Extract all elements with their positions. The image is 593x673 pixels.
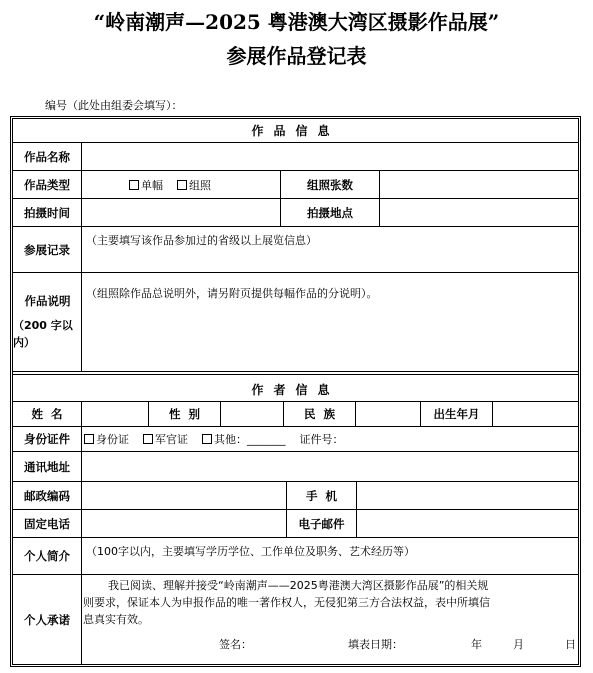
postcode-label: 邮政编码: [13, 482, 82, 510]
date-year-label: 年: [471, 636, 482, 653]
shoot-time-label: 拍摄时间: [13, 199, 82, 227]
work-name-label: 作品名称: [13, 143, 82, 171]
author-info-header: 作者信息: [13, 375, 578, 402]
phone-field[interactable]: [82, 510, 287, 538]
checkbox-icon: [202, 434, 212, 444]
pledge-text-line3: 息真实有效。: [83, 611, 149, 628]
address-label: 通讯地址: [13, 452, 82, 482]
address-field[interactable]: [82, 452, 578, 482]
gender-label: 性 别: [149, 402, 221, 427]
work-type-label: 作品类型: [13, 171, 82, 199]
bio-field[interactable]: （100字以内，主要填写学历学位、工作单位及职务、艺术经历等）: [82, 538, 578, 575]
exhibit-record-field[interactable]: （主要填写该作品参加过的省级以上展览信息）: [82, 227, 578, 273]
phone-label: 固定电话: [13, 510, 82, 538]
mobile-label: 手 机: [287, 482, 357, 510]
email-field[interactable]: [357, 510, 578, 538]
description-sublabel: （200 字以内）: [13, 317, 77, 351]
email-label: 电子邮件: [287, 510, 357, 538]
registration-form-table: 作品信息 作品名称 作品类型 单幅 组照 组照张数 拍摄时间 拍摄地点 参展记录…: [10, 116, 581, 667]
checkbox-icon: [177, 180, 187, 190]
ethnicity-label: 民 族: [284, 402, 356, 427]
author-name-field[interactable]: [82, 402, 149, 427]
mobile-field[interactable]: [357, 482, 578, 510]
work-type-group-checkbox[interactable]: 组照: [177, 177, 211, 193]
author-name-label: 姓 名: [13, 402, 82, 427]
gender-field[interactable]: [221, 402, 284, 427]
ethnicity-field[interactable]: [356, 402, 421, 427]
work-type-options: 单幅 组照: [82, 171, 281, 199]
description-label: 作品说明: [13, 293, 82, 309]
description-label-cell: 作品说明 （200 字以内）: [13, 273, 82, 371]
pledge-text-line1: 我已阅读、理解并接受“岭南潮声——2025粤港澳大湾区摄影作品展”的相关规: [108, 577, 488, 594]
id-type-options: 身份证 军官证 其他：_______ 证件号：: [82, 427, 578, 452]
signature-label: 签名：: [219, 636, 252, 653]
shoot-place-label: 拍摄地点: [281, 199, 380, 227]
bio-label: 个人简介: [13, 538, 82, 575]
work-type-single-checkbox[interactable]: 单幅: [129, 177, 163, 193]
work-info-header: 作品信息: [13, 119, 578, 143]
postcode-field[interactable]: [82, 482, 287, 510]
shoot-place-field[interactable]: [380, 199, 578, 227]
birth-date-label: 出生年月: [421, 402, 493, 427]
officer-id-checkbox[interactable]: 军官证: [143, 431, 188, 447]
serial-number-label: 编号（此处由组委会填写）：: [45, 97, 183, 113]
work-name-field[interactable]: [82, 143, 578, 171]
signature-field[interactable]: [268, 636, 338, 653]
exhibit-record-label: 参展记录: [13, 227, 82, 273]
date-month-label: 月: [513, 636, 524, 653]
form-title: “岭南潮声—2025 粤港澳大湾区摄影作品展”: [0, 6, 593, 35]
id-type-label: 身份证件: [13, 427, 82, 452]
pledge-cell: 我已阅读、理解并接受“岭南潮声——2025粤港澳大湾区摄影作品展”的相关规 则要…: [82, 575, 578, 664]
checkbox-icon: [143, 434, 153, 444]
pledge-text-line2: 则要求，保证本人为申报作品的唯一著作权人，无侵犯第三方合法权益，表中所填信: [83, 594, 490, 611]
date-day-label: 日: [565, 636, 576, 653]
group-count-field[interactable]: [380, 171, 578, 199]
fill-date-label: 填表日期：: [348, 636, 403, 653]
checkbox-icon: [84, 434, 94, 444]
id-number-label: 证件号：: [300, 431, 344, 447]
pledge-label: 个人承诺: [13, 575, 82, 664]
description-field[interactable]: （组照除作品总说明外，请另附页提供每幅作品的分说明）。: [82, 273, 578, 371]
id-card-checkbox[interactable]: 身份证: [84, 431, 129, 447]
birth-date-field[interactable]: [493, 402, 578, 427]
shoot-time-field[interactable]: [82, 199, 281, 227]
form-subtitle: 参展作品登记表: [0, 40, 593, 69]
group-count-label: 组照张数: [281, 171, 380, 199]
checkbox-icon: [129, 180, 139, 190]
other-id-checkbox[interactable]: 其他：_______: [202, 431, 286, 447]
